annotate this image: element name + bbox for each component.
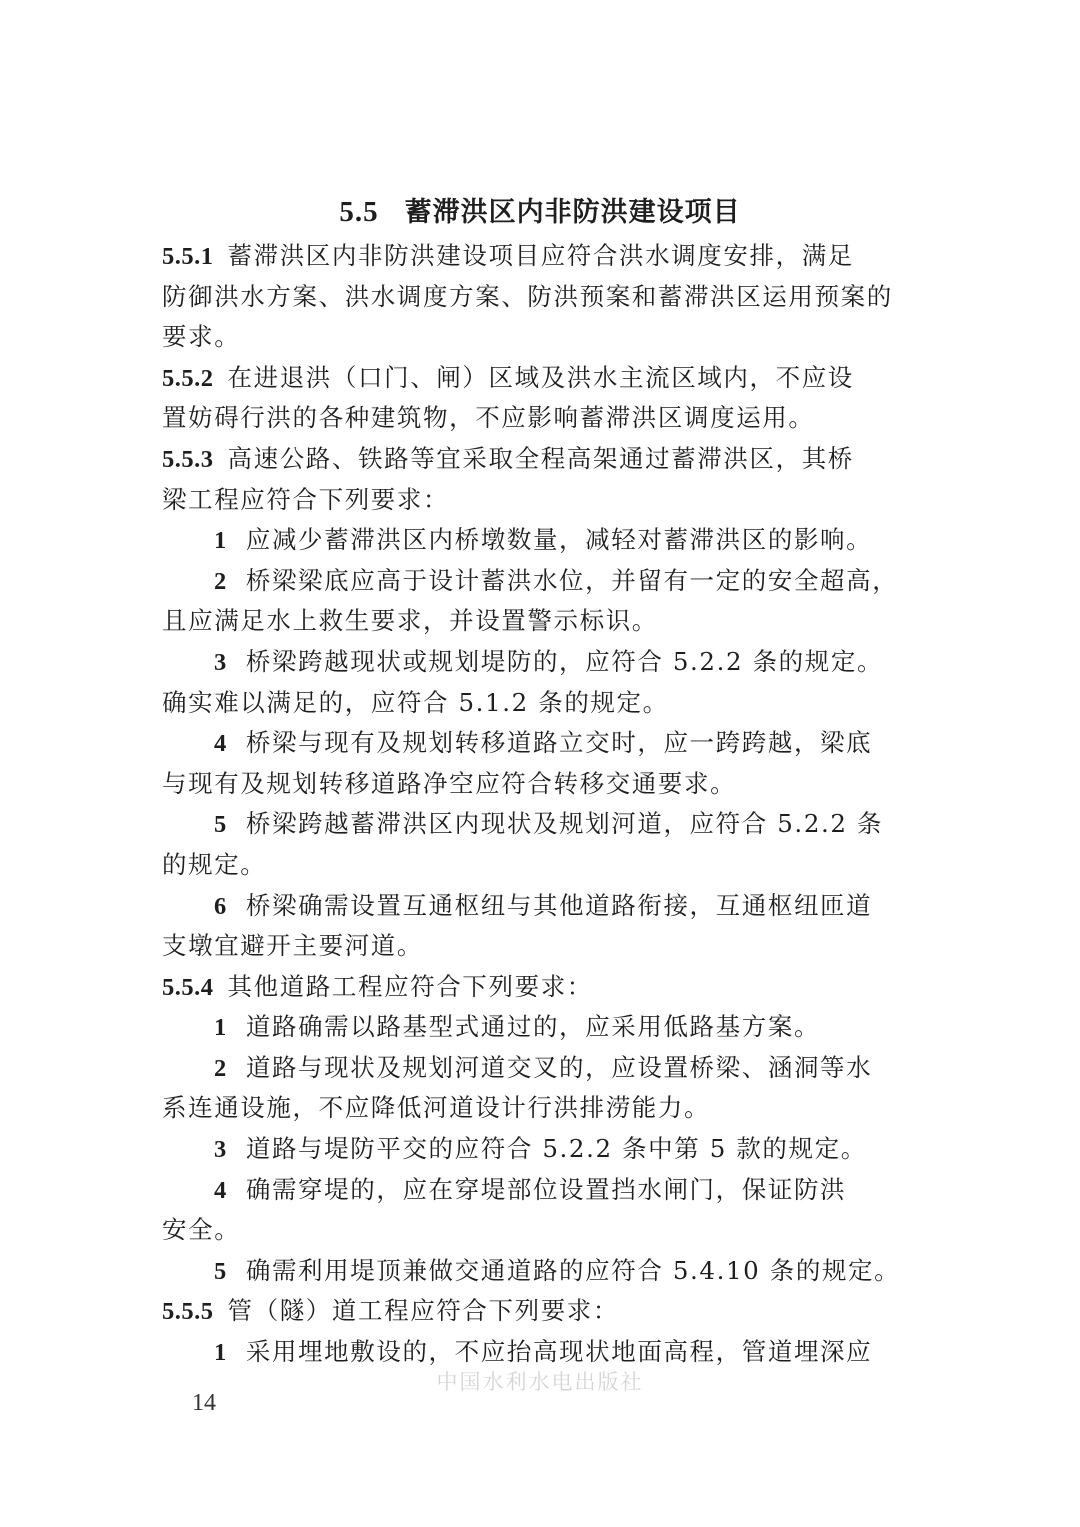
line-text: 确需利用堤顶兼做交通道路的应符合 5.4.10 条的规定。 — [246, 1256, 900, 1285]
line-text: 桥梁与现有及规划转移道路立交时，应一跨跨越，梁底 — [246, 728, 872, 757]
continuation-line: 确实难以满足的，应符合 5.1.2 条的规定。 — [162, 683, 922, 724]
line-text: 桥梁确需设置互通枢纽与其他道路衔接，互通枢纽匝道 — [246, 891, 872, 920]
line-text: 其他道路工程应符合下列要求： — [228, 972, 593, 1001]
item-line: 3道路与堤防平交的应符合 5.2.2 条中第 5 款的规定。 — [162, 1129, 922, 1170]
continuation-line: 要求。 — [162, 317, 922, 358]
item-line: 3桥梁跨越现状或规划堤防的，应符合 5.2.2 条的规定。 — [162, 642, 922, 683]
item-number: 1 — [214, 1014, 228, 1041]
clause-number: 5.5.4 — [162, 974, 214, 1001]
line-text: 确实难以满足的，应符合 5.1.2 条的规定。 — [162, 688, 669, 717]
continuation-line: 安全。 — [162, 1210, 922, 1251]
line-text: 高速公路、铁路等宜采取全程高架通过蓄滞洪区，其桥 — [228, 444, 854, 473]
section-title-text: 蓄滞洪区内非防洪建设项目 — [405, 197, 741, 228]
continuation-line: 的规定。 — [162, 845, 922, 886]
item-number: 1 — [214, 527, 228, 554]
clause-number: 5.5.1 — [162, 243, 214, 270]
item-number: 6 — [214, 893, 228, 920]
clause-number: 5.5.3 — [162, 446, 214, 473]
item-number: 4 — [214, 730, 228, 757]
clause-number: 5.5.2 — [162, 365, 214, 392]
clause-number: 5.5.5 — [162, 1298, 214, 1325]
line-text: 的规定。 — [162, 850, 266, 879]
line-text: 桥梁跨越蓄滞洪区内现状及规划河道，应符合 5.2.2 条 — [246, 809, 883, 838]
line-text: 道路与现状及规划河道交叉的，应设置桥梁、涵洞等水 — [246, 1053, 872, 1082]
clause-line: 5.5.5管（隧）道工程应符合下列要求： — [162, 1291, 922, 1332]
line-text: 确需穿堤的，应在穿堤部位设置挡水闸门，保证防洪 — [246, 1175, 846, 1204]
item-number: 1 — [214, 1339, 228, 1366]
line-text: 在进退洪（口门、闸）区域及洪水主流区域内，不应设 — [228, 363, 854, 392]
line-text: 安全。 — [162, 1215, 240, 1244]
item-number: 5 — [214, 811, 228, 838]
continuation-line: 支墩宜避开主要河道。 — [162, 926, 922, 967]
line-text: 管（隧）道工程应符合下列要求： — [228, 1296, 620, 1325]
section-title: 5.5蓄滞洪区内非防洪建设项目 — [0, 190, 1080, 229]
item-line: 1应减少蓄滞洪区内桥墩数量，减轻对蓄滞洪区的影响。 — [162, 520, 922, 561]
line-text: 且应满足水上救生要求，并设置警示标识。 — [162, 606, 658, 635]
continuation-line: 系连通设施，不应降低河道设计行洪排涝能力。 — [162, 1088, 922, 1129]
item-number: 2 — [214, 1055, 228, 1082]
line-text: 系连通设施，不应降低河道设计行洪排涝能力。 — [162, 1093, 710, 1122]
item-line: 1道路确需以路基型式通过的，应采用低路基方案。 — [162, 1007, 922, 1048]
item-line: 4确需穿堤的，应在穿堤部位设置挡水闸门，保证防洪 — [162, 1170, 922, 1211]
clause-line: 5.5.4其他道路工程应符合下列要求： — [162, 967, 922, 1008]
line-text: 桥梁跨越现状或规划堤防的，应符合 5.2.2 条的规定。 — [246, 647, 883, 676]
section-number: 5.5 — [339, 196, 378, 228]
continuation-line: 置妨碍行洪的各种建筑物，不应影响蓄滞洪区调度运用。 — [162, 398, 922, 439]
line-text: 道路与堤防平交的应符合 5.2.2 条中第 5 款的规定。 — [246, 1134, 867, 1163]
document-body: 5.5.1蓄滞洪区内非防洪建设项目应符合洪水调度安排，满足防御洪水方案、洪水调度… — [162, 236, 922, 1373]
item-line: 6桥梁确需设置互通枢纽与其他道路衔接，互通枢纽匝道 — [162, 886, 922, 927]
line-text: 采用埋地敷设的，不应抬高现状地面高程，管道埋深应 — [246, 1337, 872, 1366]
clause-line: 5.5.3高速公路、铁路等宜采取全程高架通过蓄滞洪区，其桥 — [162, 439, 922, 480]
line-text: 蓄滞洪区内非防洪建设项目应符合洪水调度安排，满足 — [228, 241, 854, 270]
item-line: 4桥梁与现有及规划转移道路立交时，应一跨跨越，梁底 — [162, 723, 922, 764]
item-line: 2道路与现状及规划河道交叉的，应设置桥梁、涵洞等水 — [162, 1048, 922, 1089]
publisher-watermark: 中国水利水电出版社 — [0, 1366, 1080, 1396]
item-line: 5桥梁跨越蓄滞洪区内现状及规划河道，应符合 5.2.2 条 — [162, 804, 922, 845]
continuation-line: 防御洪水方案、洪水调度方案、防洪预案和蓄滞洪区运用预案的 — [162, 277, 922, 318]
line-text: 与现有及规划转移道路净空应符合转移交通要求。 — [162, 769, 736, 798]
line-text: 道路确需以路基型式通过的，应采用低路基方案。 — [246, 1012, 820, 1041]
line-text: 桥梁梁底应高于设计蓄洪水位，并留有一定的安全超高， — [246, 566, 899, 595]
line-text: 防御洪水方案、洪水调度方案、防洪预案和蓄滞洪区运用预案的 — [162, 282, 893, 311]
line-text: 置妨碍行洪的各种建筑物，不应影响蓄滞洪区调度运用。 — [162, 403, 815, 432]
item-line: 2桥梁梁底应高于设计蓄洪水位，并留有一定的安全超高， — [162, 561, 922, 602]
item-number: 3 — [214, 649, 228, 676]
clause-line: 5.5.2在进退洪（口门、闸）区域及洪水主流区域内，不应设 — [162, 358, 922, 399]
line-text: 应减少蓄滞洪区内桥墩数量，减轻对蓄滞洪区的影响。 — [246, 525, 872, 554]
line-text: 支墩宜避开主要河道。 — [162, 931, 423, 960]
clause-line: 5.5.1蓄滞洪区内非防洪建设项目应符合洪水调度安排，满足 — [162, 236, 922, 277]
item-line: 5确需利用堤顶兼做交通道路的应符合 5.4.10 条的规定。 — [162, 1251, 922, 1292]
continuation-line: 梁工程应符合下列要求： — [162, 480, 922, 521]
page-number: 14 — [192, 1390, 216, 1417]
continuation-line: 且应满足水上救生要求，并设置警示标识。 — [162, 601, 922, 642]
item-number: 2 — [214, 568, 228, 595]
line-text: 梁工程应符合下列要求： — [162, 485, 449, 514]
item-number: 4 — [214, 1177, 228, 1204]
item-number: 5 — [214, 1258, 228, 1285]
item-number: 3 — [214, 1136, 228, 1163]
continuation-line: 与现有及规划转移道路净空应符合转移交通要求。 — [162, 764, 922, 805]
line-text: 要求。 — [162, 322, 240, 351]
